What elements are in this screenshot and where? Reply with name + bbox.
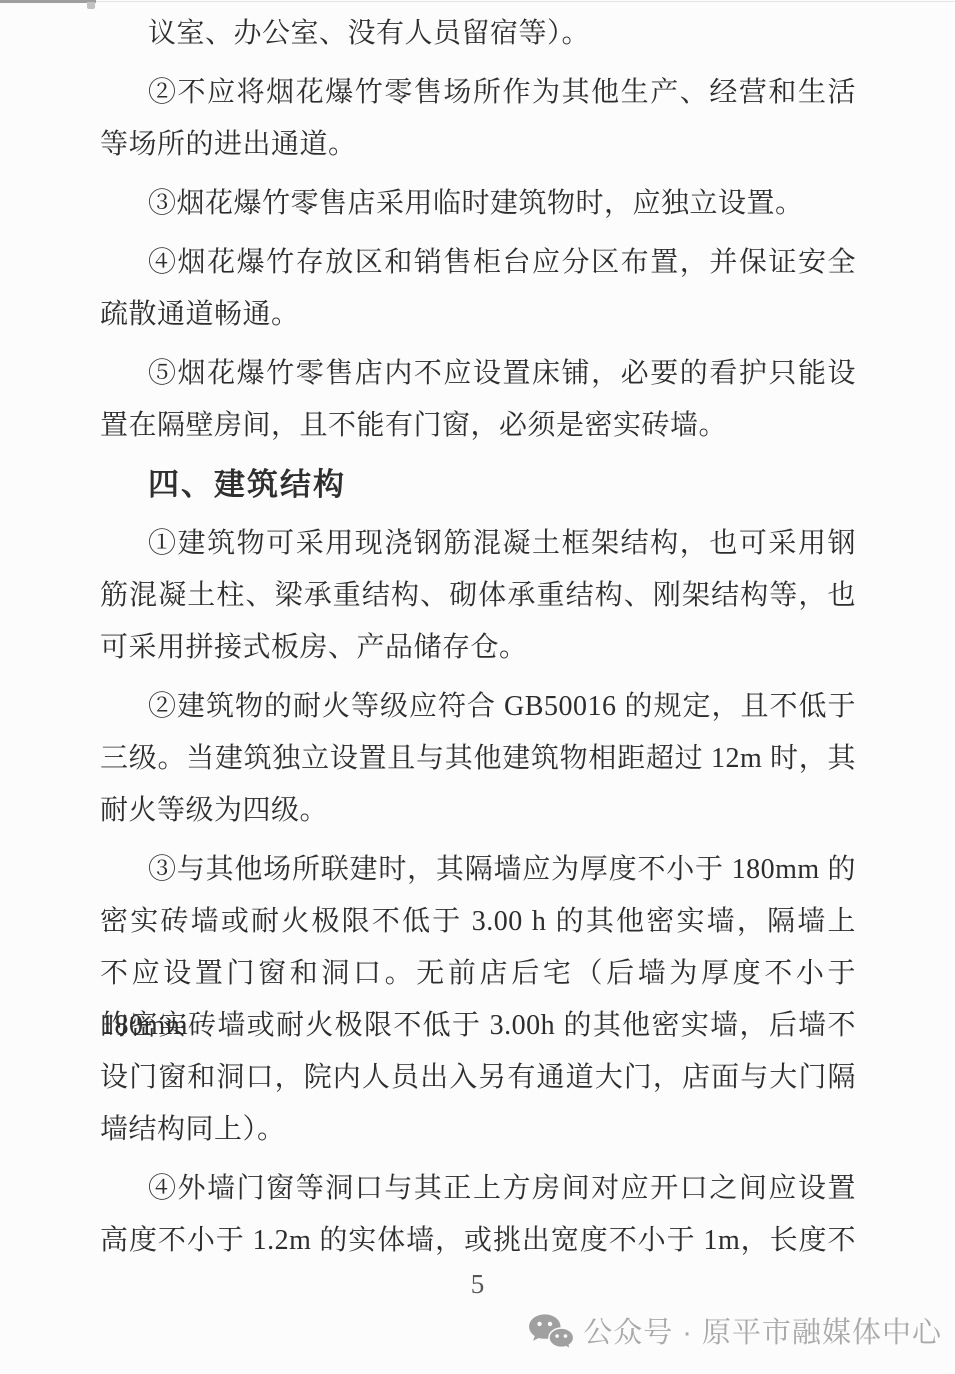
text-line: 筋混凝土柱、梁承重结构、砌体承重结构、刚架结构等，也	[100, 570, 856, 622]
scan-artifact-streak	[0, 0, 96, 3]
text-line: 密实砖墙或耐火极限不低于 3.00 h 的其他密实墙，隔墙上	[100, 896, 856, 948]
paragraph: ⑤烟花爆竹零售店内不应设置床铺，必要的看护只能设 置在隔壁房间，且不能有门窗，必…	[100, 348, 856, 452]
text-line: 墙结构同上）。	[100, 1104, 856, 1156]
text-line: 置在隔壁房间，且不能有门窗，必须是密实砖墙。	[100, 400, 856, 452]
wechat-account-footer: 公众号 · 原平市融媒体中心	[528, 1313, 942, 1353]
text-line: ③与其他场所联建时，其隔墙应为厚度不小于 180mm 的	[100, 844, 856, 896]
text-line: 高度不小于 1.2m 的实体墙，或挑出宽度不小于 1m，长度不	[100, 1215, 856, 1267]
scan-artifact-tick	[87, 2, 95, 9]
text-line: 设门窗和洞口，院内人员出入另有通道大门，店面与大门隔	[100, 1052, 856, 1104]
wechat-account-label: 公众号 · 原平市融媒体中心	[583, 1313, 942, 1353]
section-heading: 四、建筑结构	[100, 459, 856, 511]
text-line: 疏散通道畅通。	[100, 289, 856, 341]
section-heading-text: 四、建筑结构	[100, 459, 856, 511]
wechat-icon	[528, 1313, 574, 1353]
text-line: ②建筑物的耐火等级应符合 GB50016 的规定，且不低于	[100, 681, 856, 733]
paragraph: ②不应将烟花爆竹零售场所作为其他生产、经营和生活 等场所的进出通道。	[100, 67, 856, 171]
document-page: 议室、办公室、没有人员留宿等）。 ②不应将烟花爆竹零售场所作为其他生产、经营和生…	[0, 0, 955, 1374]
paragraph: ④烟花爆竹存放区和销售柜台应分区布置，并保证安全 疏散通道畅通。	[100, 237, 856, 341]
text-line: 可采用拼接式板房、产品储存仓。	[100, 622, 856, 674]
document-body: 议室、办公室、没有人员留宿等）。 ②不应将烟花爆竹零售场所作为其他生产、经营和生…	[100, 8, 856, 1267]
text-line: 等场所的进出通道。	[100, 119, 856, 171]
text-line: 不应设置门窗和洞口。无前店后宅（后墙为厚度不小于 180mm	[100, 948, 856, 1000]
text-line: 议室、办公室、没有人员留宿等）。	[100, 8, 856, 60]
paragraph: 议室、办公室、没有人员留宿等）。	[100, 8, 856, 60]
paragraph: ①建筑物可采用现浇钢筋混凝土框架结构，也可采用钢 筋混凝土柱、梁承重结构、砌体承…	[100, 518, 856, 674]
text-line: ②不应将烟花爆竹零售场所作为其他生产、经营和生活	[100, 67, 856, 119]
text-line: ④外墙门窗等洞口与其正上方房间对应开口之间应设置	[100, 1163, 856, 1215]
text-line: ③烟花爆竹零售店采用临时建筑物时，应独立设置。	[100, 178, 856, 230]
text-line: 耐火等级为四级。	[100, 785, 856, 837]
text-line: 的密实砖墙或耐火极限不低于 3.00h 的其他密实墙，后墙不	[100, 1000, 856, 1052]
scan-artifact-top-line	[0, 1, 955, 2]
text-line: ⑤烟花爆竹零售店内不应设置床铺，必要的看护只能设	[100, 348, 856, 400]
text-line: 三级。当建筑独立设置且与其他建筑物相距超过 12m 时，其	[100, 733, 856, 785]
text-line: ④烟花爆竹存放区和销售柜台应分区布置，并保证安全	[100, 237, 856, 289]
text-line: ①建筑物可采用现浇钢筋混凝土框架结构，也可采用钢	[100, 518, 856, 570]
paragraph: ④外墙门窗等洞口与其正上方房间对应开口之间应设置 高度不小于 1.2m 的实体墙…	[100, 1163, 856, 1267]
paragraph: ③烟花爆竹零售店采用临时建筑物时，应独立设置。	[100, 178, 856, 230]
paragraph: ②建筑物的耐火等级应符合 GB50016 的规定，且不低于 三级。当建筑独立设置…	[100, 681, 856, 837]
page-number: 5	[0, 1266, 955, 1302]
paragraph: ③与其他场所联建时，其隔墙应为厚度不小于 180mm 的 密实砖墙或耐火极限不低…	[100, 844, 856, 1156]
